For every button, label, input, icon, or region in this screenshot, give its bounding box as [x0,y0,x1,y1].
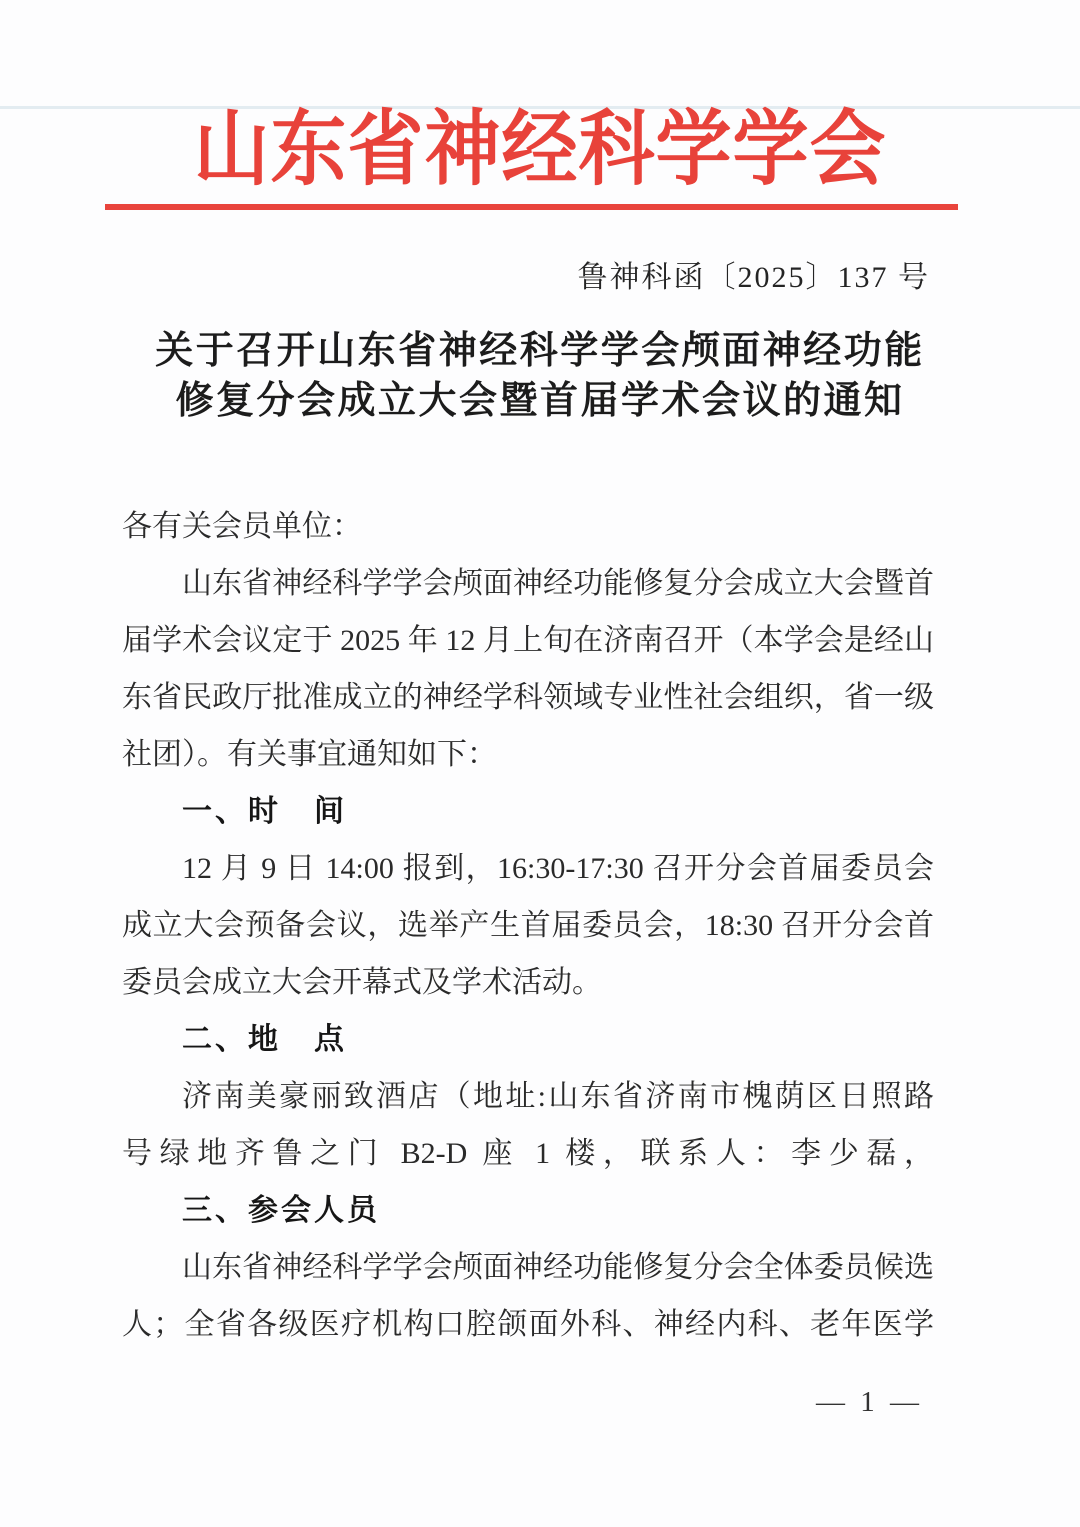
body-line: 山东省神经科学学会颅面神经功能修复分会全体委员候选 [122,1239,934,1296]
document-reference-number: 鲁神科函〔2025〕137 号 [578,252,931,296]
body-line: 社团）。有关事宜通知如下： [122,726,934,783]
letterhead-divider-line [105,204,958,210]
section-heading-attendees: 三、参会人员 [122,1182,934,1239]
section-heading-location: 二、地 点 [122,1011,934,1068]
body-line: 济南美豪丽致酒店（地址:山东省济南市槐荫区日照路 2751 [122,1068,934,1125]
document-title: 关于召开山东省神经科学学会颅面神经功能 修复分会成立大会暨首届学术会议的通知 [0,326,1080,426]
letterhead-org-name: 山东省神经科学学会 [0,96,1080,204]
body-line: 人；全省各级医疗机构口腔颌面外科、神经内科、老年医学科、 [122,1296,934,1353]
body-line: 12 月 9 日 14:00 报到，16:30-17:30 召开分会首届委员会 [122,840,934,897]
body-line: 东省民政厅批准成立的神经学科领域专业性社会组织，省一级 [122,669,934,726]
body-line: 山东省神经科学学会颅面神经功能修复分会成立大会暨首 [122,555,934,612]
body-line: 委员会成立大会开幕式及学术活动。 [122,954,934,1011]
document-title-line1: 关于召开山东省神经科学学会颅面神经功能 [0,326,1080,376]
document-title-line2: 修复分会成立大会暨首届学术会议的通知 [0,376,1080,426]
scanned-document-page: 山东省神经科学学会 鲁神科函〔2025〕137 号 关于召开山东省神经科学学会颅… [0,0,1080,1527]
body-line: 届学术会议定于 2025 年 12 月上旬在济南召开（本学会是经山 [122,612,934,669]
document-body: 各有关会员单位： 山东省神经科学学会颅面神经功能修复分会成立大会暨首 届学术会议… [122,498,934,1353]
page-number: — 1 — [816,1386,923,1419]
salutation-line: 各有关会员单位： [122,498,934,555]
body-line: 成立大会预备会议，选举产生首届委员会，18:30 召开分会首届 [122,897,934,954]
section-heading-time: 一、时 间 [122,783,934,840]
body-line: 号绿地齐鲁之门 B2-D 座 1 楼，联系人：李少磊，18253168764）。 [122,1125,934,1182]
